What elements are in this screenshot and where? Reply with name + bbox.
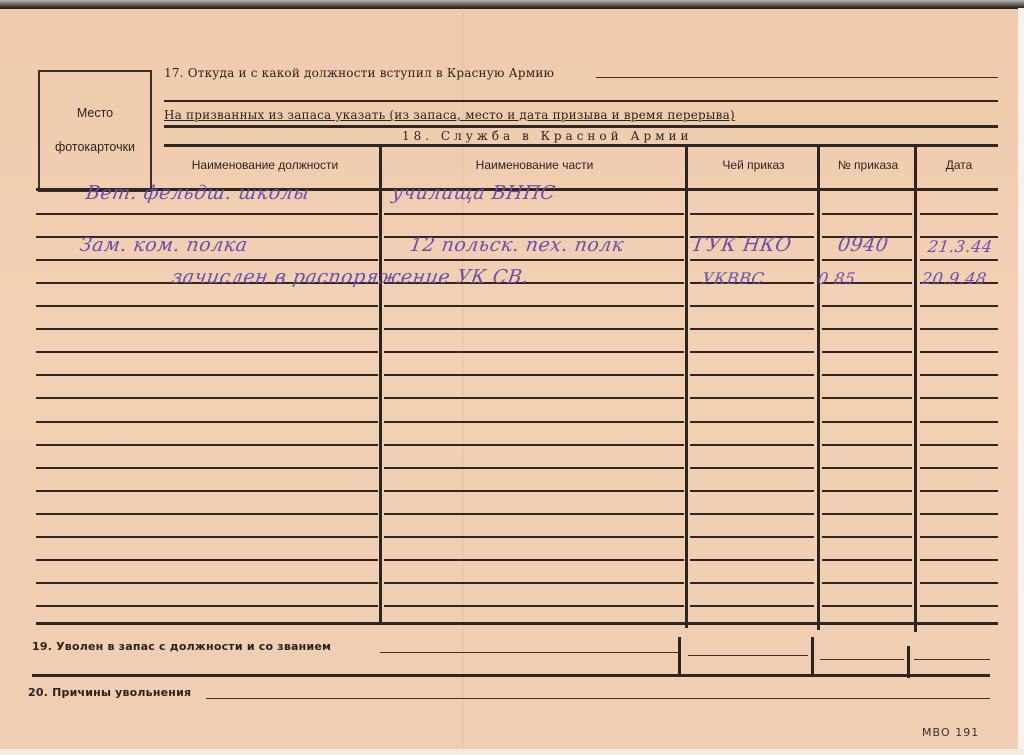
table-row-line (690, 490, 814, 492)
reservist-note: На призванных из запаса указать (из запа… (164, 108, 735, 122)
table-row-line (920, 421, 998, 423)
table-row-line (36, 305, 378, 307)
table-row-line (690, 467, 814, 469)
table-row-line (822, 490, 912, 492)
table-row-line (36, 559, 378, 561)
item19-divider-2 (811, 637, 814, 677)
row2-order-no[interactable]: 0940 (836, 234, 889, 256)
table-row-line (384, 490, 684, 492)
table-row-line (920, 490, 998, 492)
table-row-line (384, 213, 684, 215)
table-row-line (822, 213, 912, 215)
table-row-line (920, 305, 998, 307)
row3-spanning-note[interactable]: зачислен в распоряжение УК СВ. (170, 266, 530, 288)
table-row-line (822, 328, 912, 330)
item19-label: 19. Уволен в запас с должности и со зван… (32, 640, 331, 653)
column-header-unit: Наименование части (383, 158, 686, 172)
scan-right-edge (1018, 8, 1024, 755)
table-row-line (690, 605, 814, 607)
row3-date[interactable]: 20.9.48 (921, 269, 988, 288)
table-bottom-rule (36, 622, 998, 625)
row1-position[interactable]: Вет. фельдш. школы (84, 182, 310, 204)
table-row-line (920, 582, 998, 584)
table-row-line (822, 513, 912, 515)
item19-field-line-4[interactable] (914, 659, 990, 660)
table-row-line (822, 536, 912, 538)
table-row-line (920, 374, 998, 376)
table-row-line (384, 351, 684, 353)
column-header-date: Дата (918, 158, 1000, 172)
table-row-line (36, 513, 378, 515)
item17-label: 17. Откуда и с какой должности вступил в… (164, 66, 554, 80)
table-row-line (36, 605, 378, 607)
table-row-line (384, 444, 684, 446)
table-row-line (384, 421, 684, 423)
scan-top-edge (0, 0, 1024, 9)
table-row-line (920, 513, 998, 515)
table-row-line (920, 467, 998, 469)
table-row-line (384, 536, 684, 538)
table-row-line (384, 582, 684, 584)
table-row-line (690, 374, 814, 376)
table-row-line (36, 397, 378, 399)
table-row-line (690, 397, 814, 399)
table-row-line (920, 351, 998, 353)
row3-order-by[interactable]: УКВВС (701, 269, 766, 288)
table-row-line (384, 328, 684, 330)
table-row-line (36, 421, 378, 423)
photo-placeholder-box: Место фотокарточки (38, 70, 152, 192)
table-row-line (822, 374, 912, 376)
table-row-line (384, 259, 684, 261)
column-divider-3 (817, 146, 820, 630)
table-row-line (690, 513, 814, 515)
row1-unit[interactable]: училища ВНПС (390, 182, 557, 204)
table-row-line (36, 444, 378, 446)
table-row-line (822, 444, 912, 446)
table-row-line (384, 605, 684, 607)
table-row-line (36, 536, 378, 538)
table-row-line (690, 421, 814, 423)
table-row-line (36, 467, 378, 469)
table-row-line (690, 259, 814, 261)
column-header-position: Наименование должности (150, 158, 380, 172)
item17-field-line-2[interactable] (164, 100, 998, 102)
table-row-line (822, 605, 912, 607)
column-header-order-no: № приказа (821, 158, 915, 172)
table-row-line (822, 305, 912, 307)
table-row-line (920, 328, 998, 330)
table-row-line (36, 490, 378, 492)
row2-unit[interactable]: 12 польск. пех. полк (408, 234, 625, 256)
photo-box-label-line2: фотокарточки (40, 140, 150, 154)
table-row-line (690, 536, 814, 538)
table-row-line (822, 467, 912, 469)
item19-field-line-3[interactable] (820, 659, 904, 660)
table-row-line (920, 605, 998, 607)
item19-field-line[interactable] (380, 652, 678, 653)
item18-title: 18. Служба в Красной Армии (402, 129, 693, 143)
column-divider-4 (914, 146, 917, 632)
table-row-line (920, 536, 998, 538)
photo-box-label-line1: Место (40, 106, 150, 120)
table-row-line (690, 305, 814, 307)
table-row-line (384, 559, 684, 561)
table-row-line (36, 259, 378, 261)
reservist-note-rule (164, 125, 998, 128)
row3-order-no[interactable]: 0 85 (817, 269, 857, 288)
table-row-line (822, 559, 912, 561)
table-row-line (690, 351, 814, 353)
row2-order-by[interactable]: ГУК НКО (692, 234, 792, 256)
table-row-line (384, 374, 684, 376)
table-row-line (920, 259, 998, 261)
table-row-line (384, 513, 684, 515)
scan-bottom-edge (0, 749, 1024, 755)
column-divider-1 (379, 146, 382, 622)
table-row-line (822, 259, 912, 261)
item20-label: 20. Причины увольнения (28, 686, 191, 699)
table-row-line (822, 421, 912, 423)
table-row-line (384, 305, 684, 307)
table-row-line (36, 328, 378, 330)
table-row-line (920, 444, 998, 446)
table-row-line (690, 582, 814, 584)
item19-divider-1 (678, 637, 681, 675)
table-row-line (384, 467, 684, 469)
item20-field-line[interactable] (206, 698, 990, 699)
table-row-line (384, 397, 684, 399)
table-row-line (920, 397, 998, 399)
table-row-line (36, 351, 378, 353)
table-row-line (36, 582, 378, 584)
table-row-line (36, 374, 378, 376)
row2-date[interactable]: 21.3.44 (927, 237, 994, 256)
item19-field-line-2[interactable] (688, 655, 808, 656)
table-row-line (690, 213, 814, 215)
table-row-line (822, 397, 912, 399)
table-row-line (690, 444, 814, 446)
table-row-line (822, 582, 912, 584)
table-row-line (36, 213, 378, 215)
table-row-line (690, 328, 814, 330)
table-row-line (920, 559, 998, 561)
item17-field-line[interactable] (596, 77, 998, 78)
table-row-line (822, 351, 912, 353)
item19-bottom-rule (32, 674, 990, 677)
column-divider-2 (685, 146, 688, 628)
table-row-line (690, 559, 814, 561)
form-print-code: МВО 191 (922, 726, 979, 739)
table-row-line (920, 213, 998, 215)
item18-title-rule (164, 144, 998, 147)
column-header-order-by: Чей приказ (689, 158, 818, 172)
row2-position[interactable]: Зам. ком. полка (78, 234, 249, 256)
